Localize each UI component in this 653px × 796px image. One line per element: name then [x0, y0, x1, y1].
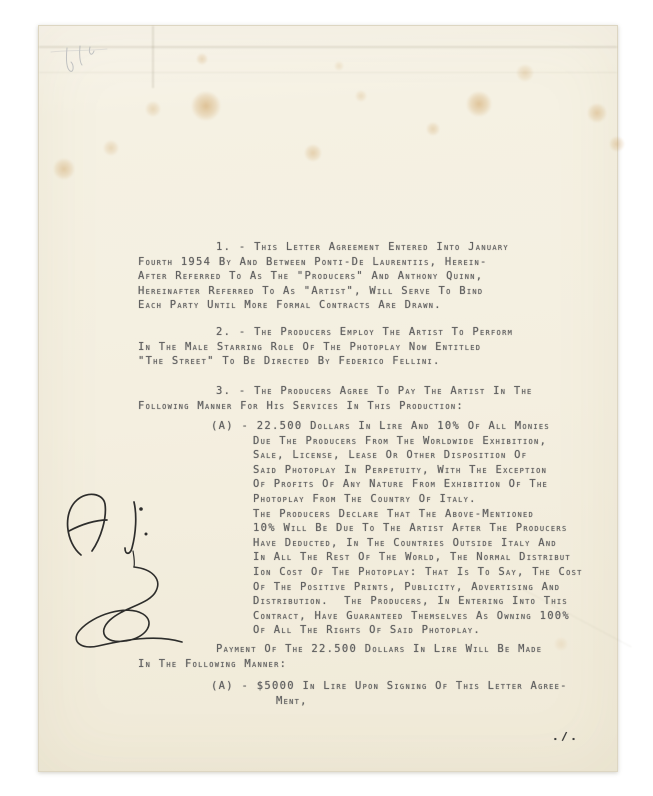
foxing-stain	[426, 122, 440, 136]
text-line: (A) - $5000 In Lire Upon Signing Of This…	[138, 679, 568, 694]
foxing-stain	[304, 144, 322, 162]
foxing-stain	[191, 91, 221, 121]
clause-1: 1. - This Letter Agreement Entered Into …	[138, 240, 509, 313]
text-line: Due The Producers From The Worldwide Exh…	[138, 434, 583, 449]
foxing-stain	[334, 61, 344, 71]
scanned-paper: 1. - This Letter Agreement Entered Into …	[38, 25, 618, 772]
foxing-stain	[554, 637, 568, 651]
text-line: Ment,	[138, 694, 568, 709]
text-line: Hereinafter Referred To As "Artist", Wil…	[138, 284, 509, 299]
foxing-stain	[609, 136, 625, 152]
text-line: Of The Positive Prints, Publicity, Adver…	[138, 580, 583, 595]
clause-3a: (A) - 22.500 Dollars In Lire And 10% Of …	[138, 419, 583, 638]
page-continuation-mark: ./.	[552, 730, 579, 743]
text-line: Said Photoplay In Perpetuity, With The E…	[138, 463, 583, 478]
payment-intro: Payment Of The 22.500 Dollars In Lire Wi…	[138, 642, 542, 671]
text-line: Fourth 1954 By And Between Ponti-De Laur…	[138, 255, 509, 270]
pencil-scribble-icon	[47, 32, 137, 87]
text-line: Payment Of The 22.500 Dollars In Lire Wi…	[138, 642, 542, 657]
text-line: Ion Cost Of The Photoplay: That Is To Sa…	[138, 565, 583, 580]
text-line: Contract, Have Guaranteed Themselves As …	[138, 609, 583, 624]
text-line: 10% Will Be Due To The Artist After The …	[138, 521, 583, 536]
text-line: 3. - The Producers Agree To Pay The Arti…	[138, 384, 533, 399]
foxing-stain	[355, 90, 367, 102]
clause-3: 3. - The Producers Agree To Pay The Arti…	[138, 384, 533, 413]
foxing-stain	[196, 53, 208, 65]
text-line: The Producers Declare That The Above-Men…	[138, 507, 583, 522]
payment-a: (A) - $5000 In Lire Upon Signing Of This…	[138, 679, 568, 708]
text-line: Have Deducted, In The Countries Outside …	[138, 536, 583, 551]
text-line: 2. - The Producers Employ The Artist To …	[138, 325, 513, 340]
text-line: Each Party Until More Formal Contracts A…	[138, 298, 509, 313]
foxing-stain	[53, 158, 75, 180]
text-line: In The Male Starring Role Of The Photopl…	[138, 340, 513, 355]
text-line: Of Profits Of Any Nature From Exhibition…	[138, 477, 583, 492]
signature-ink-icon	[56, 489, 186, 659]
text-line: In The Following Manner:	[138, 657, 542, 672]
text-line: In All The Rest Of The World, The Normal…	[138, 550, 583, 565]
clause-2: 2. - The Producers Employ The Artist To …	[138, 325, 513, 369]
foxing-stain	[587, 103, 607, 123]
vertical-crease	[152, 26, 154, 88]
text-line: (A) - 22.500 Dollars In Lire And 10% Of …	[138, 419, 583, 434]
text-line: Of All The Rights Of Said Photoplay.	[138, 623, 583, 638]
foxing-stain	[145, 101, 161, 117]
text-line: Photoplay From The Country Of Italy.	[138, 492, 583, 507]
text-line: Sale, License, Lease Or Other Dispositio…	[138, 448, 583, 463]
foxing-stain	[103, 140, 119, 156]
text-line: Following Manner For His Services In Thi…	[138, 399, 533, 414]
foxing-stain	[516, 64, 534, 82]
text-line: Distribution. The Producers, In Entering…	[138, 594, 583, 609]
text-line: 1. - This Letter Agreement Entered Into …	[138, 240, 509, 255]
foxing-stain	[466, 91, 492, 117]
text-line: "The Street" To Be Directed By Federico …	[138, 354, 513, 369]
text-line: After Referred To As The "Producers" And…	[138, 269, 509, 284]
scan-canvas: { "page": {"canvas_bg": "#ffffff"}, "pap…	[0, 0, 653, 796]
